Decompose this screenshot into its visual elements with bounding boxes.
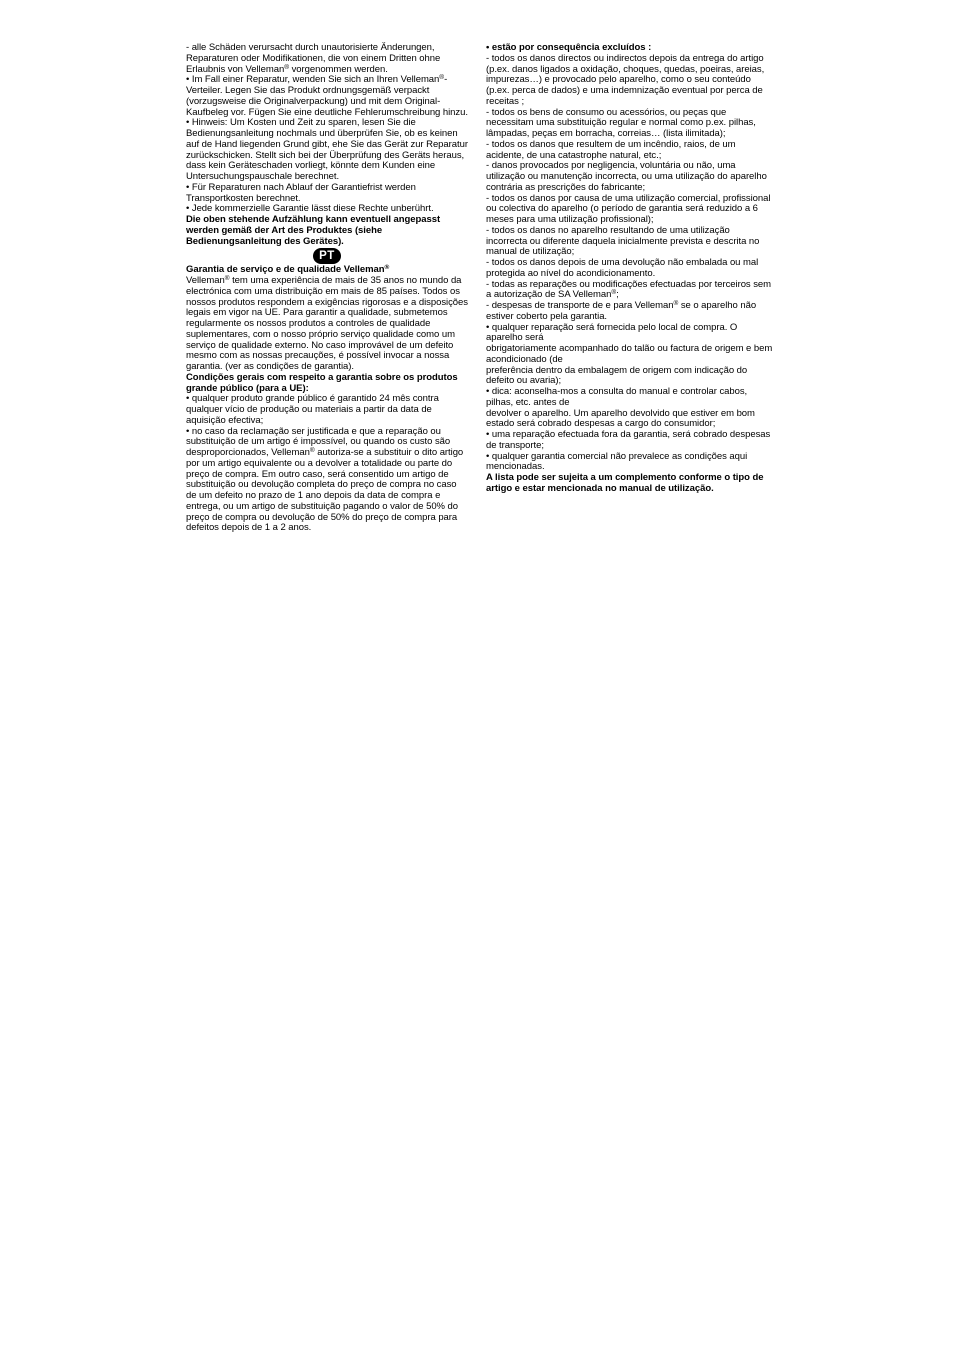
text-block: • Im Fall einer Reparatur, wenden Sie si… <box>186 75 468 118</box>
heading-condicoes-pt: Condições gerais com respeito a garantia… <box>186 373 468 395</box>
column-left: - alle Schäden verursacht durch unautori… <box>186 43 468 534</box>
note-bold-pt: A lista pode ser sujeita a um complement… <box>486 473 773 495</box>
text-block: - todas as reparações ou modificações ef… <box>486 280 773 302</box>
text-block: - todos os danos depois de uma devolução… <box>486 258 773 280</box>
registered-trademark-symbol: ® <box>673 300 678 307</box>
text-block: - todos os bens de consumo ou acessórios… <box>486 108 773 140</box>
text-block: • qualquer garantia comercial não preval… <box>486 452 773 474</box>
document-page: - alle Schäden verursacht durch unautori… <box>0 0 954 1351</box>
registered-trademark-symbol: ® <box>310 447 315 454</box>
text-block: - danos provocados por negligencia, volu… <box>486 161 773 193</box>
registered-trademark-symbol: ® <box>385 264 390 271</box>
text-block: • Für Reparaturen nach Ablauf der Garant… <box>186 183 468 205</box>
text-block: Velleman® tem uma experiência de mais de… <box>186 276 468 373</box>
text-block: - alle Schäden verursacht durch unautori… <box>186 43 468 75</box>
text-block: • dica: aconselha-mos a consulta do manu… <box>486 387 773 430</box>
text-block: - todos os danos no aparelho resultando … <box>486 226 773 258</box>
language-badge-row: PT <box>186 247 468 265</box>
registered-trademark-symbol: ® <box>284 64 289 71</box>
text-block: - despesas de transporte de e para Velle… <box>486 301 773 323</box>
registered-trademark-symbol: ® <box>225 275 230 282</box>
text-block: • Hinweis: Um Kosten und Zeit zu sparen,… <box>186 118 468 183</box>
text-block: - todos os danos por causa de uma utiliz… <box>486 194 773 226</box>
text-block: • uma reparação efectuada fora da garant… <box>486 430 773 452</box>
text-block: • qualquer reparação será fornecida pelo… <box>486 323 773 388</box>
note-bold-de: Die oben stehende Aufzählung kann eventu… <box>186 215 468 247</box>
text-block: • no caso da reclamação ser justificada … <box>186 427 468 535</box>
column-right: • estão por consequência excluídos :- to… <box>486 43 773 495</box>
text-block: • qualquer produto grande público é gara… <box>186 394 468 426</box>
text-block: - todos os danos directos ou indirectos … <box>486 54 773 108</box>
registered-trademark-symbol: ® <box>611 289 616 296</box>
text-block: - todos os danos que resultem de um incê… <box>486 140 773 162</box>
language-badge-pt: PT <box>313 248 341 264</box>
registered-trademark-symbol: ® <box>439 74 444 81</box>
